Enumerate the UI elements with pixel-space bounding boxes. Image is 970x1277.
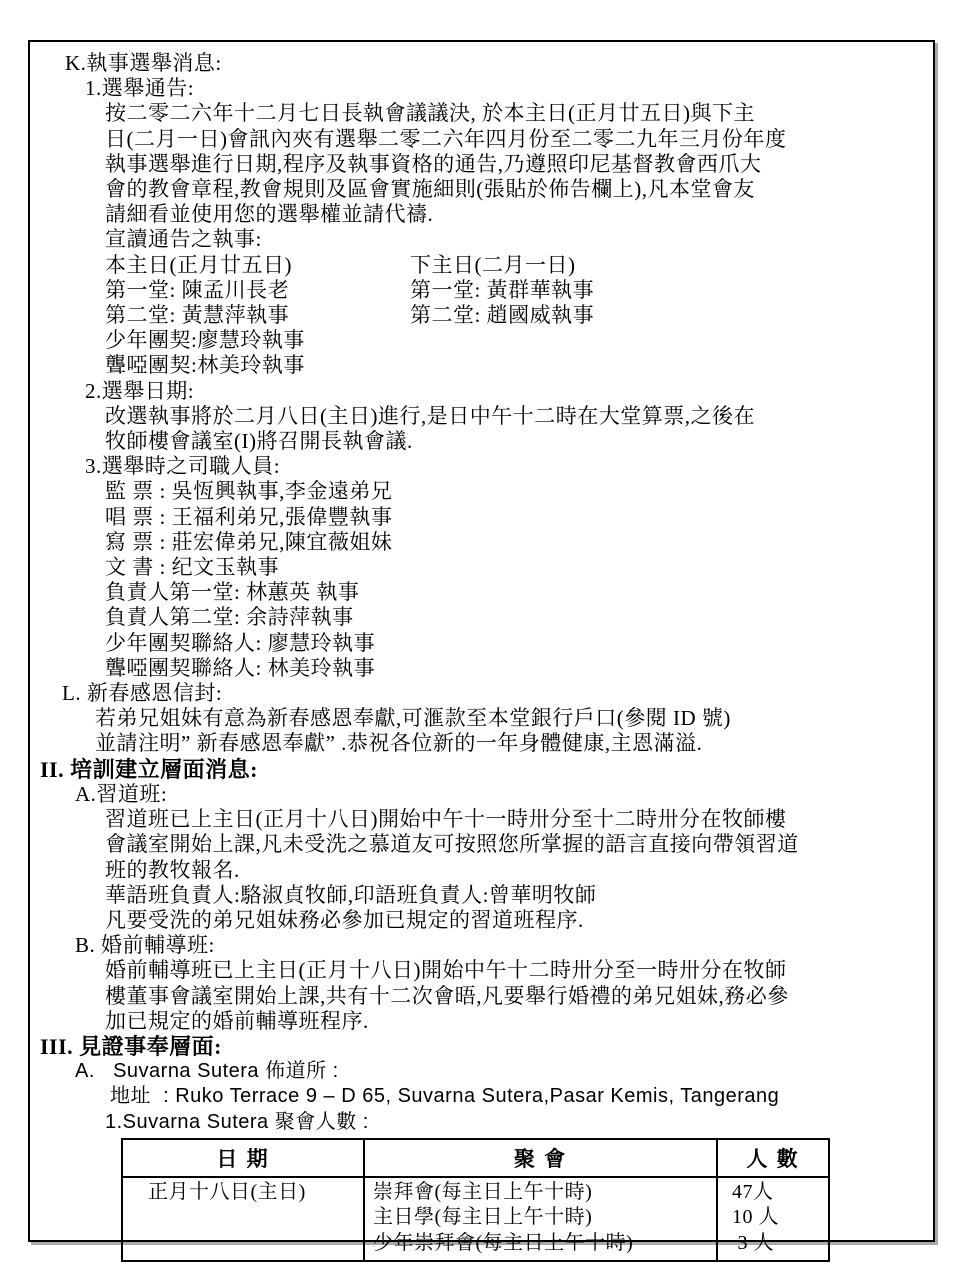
text-line: 習道班已上主日(正月十八日)開始中午十一時卅分至十二時卅分在牧師樓 [30,807,933,832]
text-line: 請細看並使用您的選舉權並請代禱. [30,202,933,227]
text-line: 少年團契:廖慧玲執事 [30,328,933,353]
text-line: 並請注明” 新春感恩奉獻” .恭祝各位新的一年身體健康,主恩滿溢. [30,731,933,756]
text-line: 3.選舉時之司職人員: [30,454,933,479]
text-line: 聾啞團契:林美玲執事 [30,353,933,378]
left-column-text: 第二堂: 黃慧萍執事 [105,303,410,328]
text-line: K.執事選舉消息: [30,51,933,76]
text-line: 日(二月一日)會訊內夾有選舉二零二六年四月份至二零二九年三月份年度 [30,127,933,152]
text-line: 負責人第一堂: 林蕙英 執事 [30,580,933,605]
text-line: 婚前輔導班已上主日(正月十八日)開始中午十二時卅分至一時卅分在牧師 [30,958,933,983]
text-line: III. 見證事奉層面: [30,1034,933,1059]
text-line: 2.選舉日期: [30,379,933,404]
count-text: 3 人 [718,1231,828,1257]
text-line: 加已規定的婚前輔導班程序. [30,1009,933,1034]
right-column-text: 第一堂: 黃群華執事 [410,278,933,303]
count-text: 47人 [718,1180,828,1206]
text-line: 唱 票 : 王福利弟兄,張偉豐執事 [30,505,933,530]
attendance-table: 日 期聚 會人 數 正月十八日(主日)崇拜會(每主日上午十時)主日學(每主日上午… [121,1138,830,1262]
text-line: 凡要受洗的弟兄姐妹務必參加已規定的習道班程序. [30,908,933,933]
meetings-cell: 崇拜會(每主日上午十時)主日學(每主日上午十時)少年崇拜會(每主日上午十時) [364,1177,717,1261]
right-column-text: 下主日(二月一日) [410,253,933,278]
table-header-cell: 聚 會 [364,1139,717,1177]
text-line: 1.選舉通告: [30,76,933,101]
attendance-table-body: 正月十八日(主日)崇拜會(每主日上午十時)主日學(每主日上午十時)少年崇拜會(每… [122,1177,829,1261]
two-column-line: 第一堂: 陳孟川長老第一堂: 黃群華執事 [30,278,933,303]
meeting-text: 少年崇拜會(每主日上午十時) [365,1231,716,1257]
text-line: 若弟兄姐妹有意為新春感恩奉獻,可滙款至本堂銀行戶口(參閱 ID 號) [30,706,933,731]
table-row: 正月十八日(主日)崇拜會(每主日上午十時)主日學(每主日上午十時)少年崇拜會(每… [122,1177,829,1261]
counts-cell: 47人10 人 3 人 [717,1177,829,1261]
text-line: 少年團契聯絡人: 廖慧玲執事 [30,631,933,656]
text-line: 1.Suvarna Sutera 聚會人數 : [30,1110,933,1135]
text-line: A. Suvarna Sutera 佈道所 : [30,1059,933,1084]
text-line: 改選執事將於二月八日(主日)進行,是日中午十二時在大堂算票,之後在 [30,404,933,429]
text-line: 宣讀通告之執事: [30,227,933,252]
two-column-line: 本主日(正月廿五日)下主日(二月一日) [30,253,933,278]
text-line: 地址 : Ruko Terrace 9 – D 65, Suvarna Sute… [30,1084,933,1109]
text-line: A.習道班: [30,782,933,807]
text-line: B. 婚前輔導班: [30,933,933,958]
two-column-line: 第二堂: 黃慧萍執事第二堂: 趙國威執事 [30,303,933,328]
text-line: 牧師樓會議室(I)將召開長執會議. [30,429,933,454]
text-line: L. 新春感恩信封: [30,681,933,706]
text-line: 華語班負責人:駱淑貞牧師,印語班負責人:曾華明牧師 [30,883,933,908]
text-line: 聾啞團契聯絡人: 林美玲執事 [30,656,933,681]
bulletin-page: K.執事選舉消息:1.選舉通告:按二零二六年十二月七日長執會議議決, 於本主日(… [0,0,970,1277]
text-line: II. 培訓建立層面消息: [30,757,933,782]
page-border-frame: K.執事選舉消息:1.選舉通告:按二零二六年十二月七日長執會議議決, 於本主日(… [28,40,935,1242]
text-line: 負責人第二堂: 余詩萍執事 [30,605,933,630]
document-body: K.執事選舉消息:1.選舉通告:按二零二六年十二月七日長執會議議決, 於本主日(… [30,51,933,1135]
date-text: 正月十八日(主日) [123,1180,363,1206]
text-line: 會的教會章程,教會規則及區會實施細則(張貼於佈告欄上),凡本堂會友 [30,177,933,202]
meeting-text: 主日學(每主日上午十時) [365,1205,716,1231]
text-line: 監 票 : 吳恆興執事,李金遠弟兄 [30,479,933,504]
table-header-cell: 日 期 [122,1139,364,1177]
left-column-text: 第一堂: 陳孟川長老 [105,278,410,303]
right-column-text: 第二堂: 趙國威執事 [410,303,933,328]
date-cell: 正月十八日(主日) [122,1177,364,1261]
left-column-text: 本主日(正月廿五日) [105,253,410,278]
text-line: 班的教牧報名. [30,858,933,883]
text-line: 執事選舉進行日期,程序及執事資格的通告,乃遵照印尼基督教會西爪大 [30,152,933,177]
text-line: 會議室開始上課,凡未受洗之慕道友可按照您所掌握的語言直接向帶領習道 [30,832,933,857]
count-text: 10 人 [718,1205,828,1231]
text-line: 樓董事會議室開始上課,共有十二次會晤,凡要舉行婚禮的弟兄姐妹,務必參 [30,984,933,1009]
text-line: 按二零二六年十二月七日長執會議議決, 於本主日(正月廿五日)與下主 [30,101,933,126]
text-line: 寫 票 : 莊宏偉弟兄,陳宜薇姐妹 [30,530,933,555]
attendance-table-header: 日 期聚 會人 數 [122,1139,829,1177]
text-line: 文 書 : 纪文玉執事 [30,555,933,580]
table-header-cell: 人 數 [717,1139,829,1177]
meeting-text: 崇拜會(每主日上午十時) [365,1180,716,1206]
